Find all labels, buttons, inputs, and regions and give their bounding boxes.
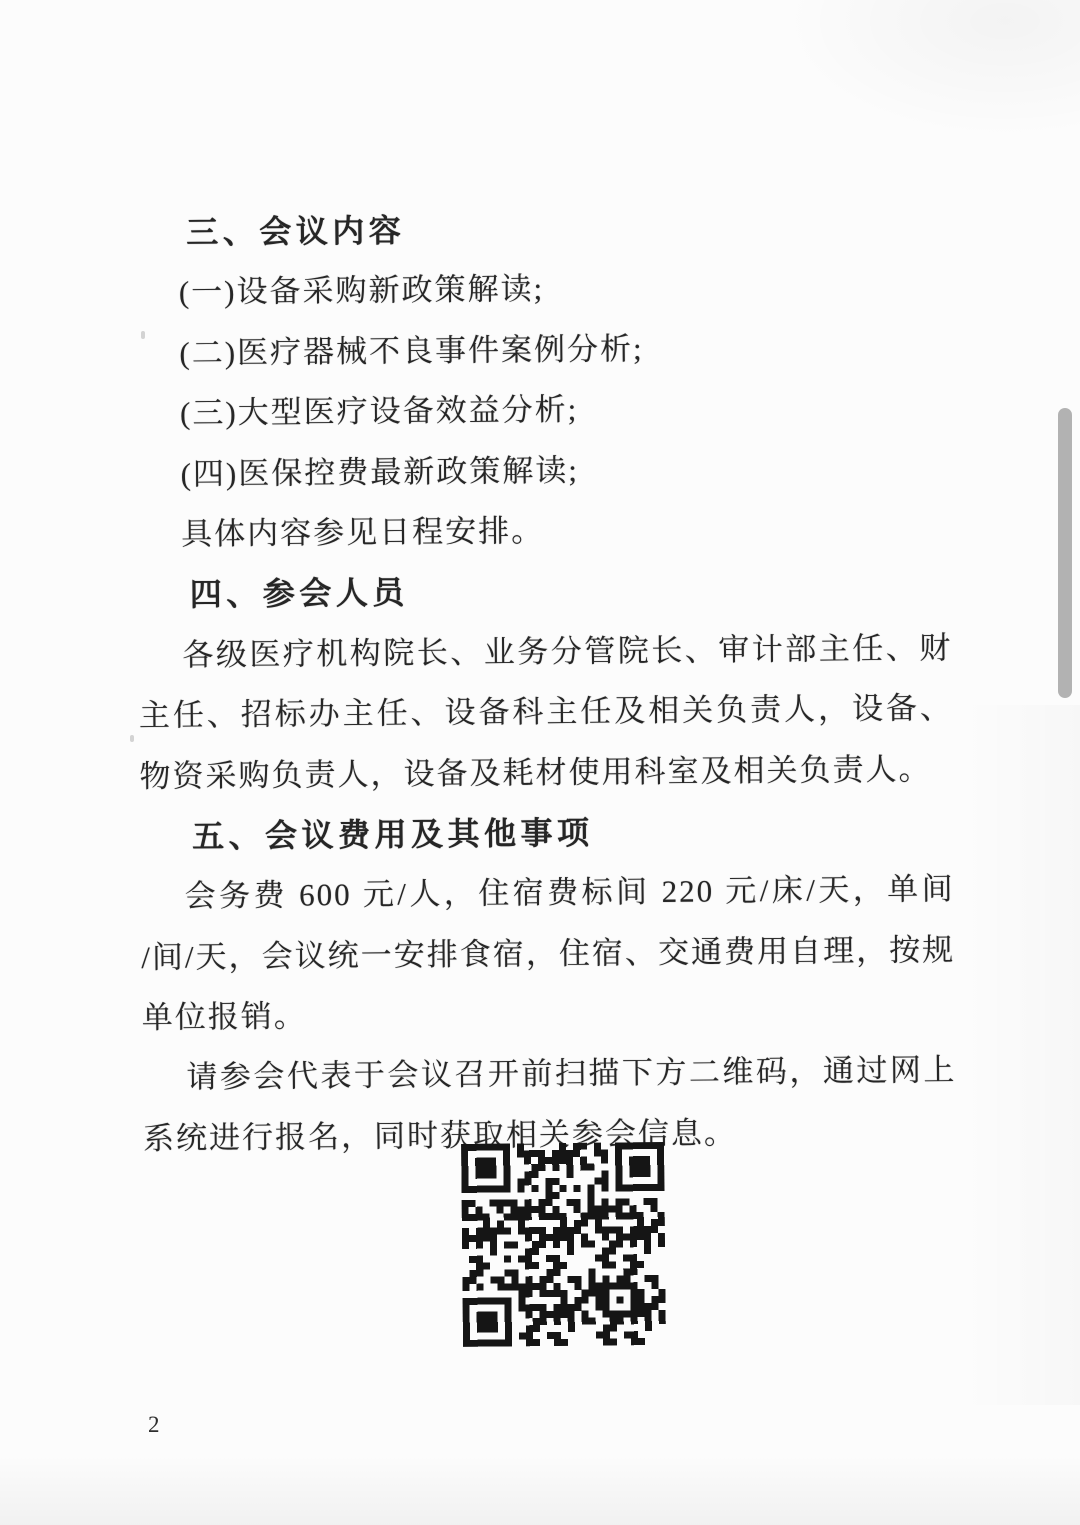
page-number: 2: [148, 1412, 160, 1438]
scrollbar-thumb[interactable]: [1058, 408, 1072, 698]
scan-artifact-top-right: [780, 0, 1080, 140]
document-content: 三、会议内容(一)设备采购新政策解读;(二)医疗器械不良事件案例分析;(三)大型…: [134, 195, 960, 1453]
section-heading-fees-and-other: 五、会议费用及其他事项: [140, 799, 955, 867]
section-heading-meeting-content: 三、会议内容: [134, 195, 949, 263]
list-line: (二)医疗器械不良事件案例分析;: [135, 316, 950, 384]
scan-artifact-right-edge: [960, 705, 1080, 1405]
paragraph-line: 主任、招标办主任、设备科主任及相关负责人，设备、耗材、: [139, 678, 954, 746]
paragraph-line: 单位报销。: [142, 980, 957, 1048]
paragraph-line: 会务费 600 元/人，住宿费标间 220 元/床/天，单间 440 元: [140, 859, 955, 927]
list-line: (三)大型医疗设备效益分析;: [136, 376, 951, 444]
scan-artifact-bottom-edge: [0, 1455, 1080, 1525]
section-heading-participants: 四、参会人员: [137, 558, 952, 626]
paragraph-line: 各级医疗机构院长、业务分管院长、审计部主任、财务部: [138, 618, 953, 686]
paragraph-line: 物资采购负责人，设备及耗材使用科室及相关负责人。: [139, 739, 954, 807]
scanned-document-page: 三、会议内容(一)设备采购新政策解读;(二)医疗器械不良事件案例分析;(三)大型…: [0, 0, 1080, 1525]
paragraph-line: 请参会代表于会议召开前扫描下方二维码，通过网上报名: [142, 1041, 957, 1109]
scan-speck: [130, 735, 134, 742]
list-line: (四)医保控费最新政策解读;: [136, 437, 951, 505]
list-line: 具体内容参见日程安排。: [137, 497, 952, 565]
list-line: (一)设备采购新政策解读;: [135, 256, 950, 324]
paragraph-line: /间/天，会议统一安排食宿，住宿、交通费用自理，按规定回: [141, 920, 956, 988]
registration-qr-code: [461, 1142, 666, 1347]
